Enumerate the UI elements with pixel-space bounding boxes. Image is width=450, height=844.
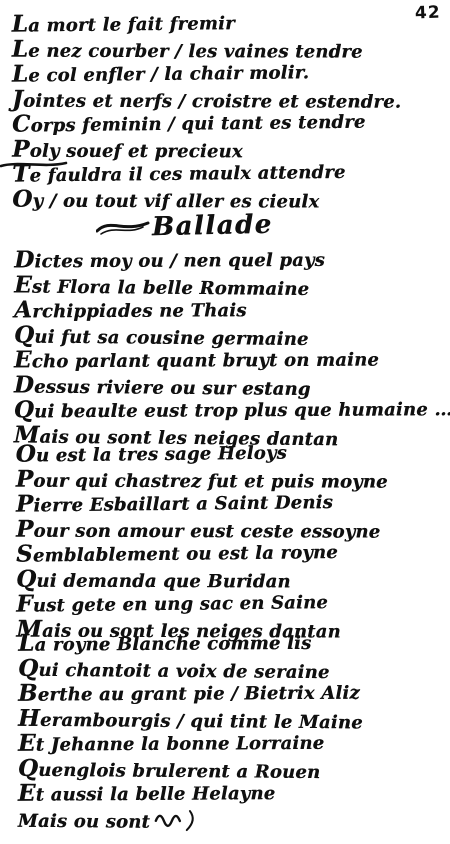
ballade-heading-text: Ballade — [152, 210, 273, 243]
verse-line: Archippiades ne Thais — [14, 296, 450, 323]
verse-line: Pierre Esbaillart a Saint Denis — [16, 488, 388, 517]
verse-line: Berthe au grant pie / Bietrix Aliz — [18, 680, 363, 707]
stanza-ballade-3: La royne Blanche comme lis Qui chantoit … — [18, 632, 363, 834]
stanza-huitain: La mort le fait fremir Le nez courber / … — [12, 11, 402, 212]
verse-line: La royne Blanche comme lis — [18, 630, 363, 657]
verse-line-refrain-abbreviated: Mais ou sont — [18, 807, 363, 836]
verse-line: Oy / ou tout vif aller es cieulx — [12, 188, 401, 214]
verse-line: Echo parlant quant bruyt on maine — [14, 346, 450, 373]
stanza-ballade-1: Dictes moy ou / nen quel pays Est Flora … — [14, 248, 450, 449]
verse-line: Te fauldra il ces maulx attendre — [12, 158, 402, 187]
verse-line: La mort le fait fremir — [12, 8, 402, 37]
stanza-ballade-2: Ou est la tres sage Heloys Pour qui chas… — [16, 441, 389, 642]
verse-line: Et Jehanne la bonne Lorraine — [18, 730, 363, 757]
verse-line: Dictes moy ou / nen quel pays — [14, 246, 450, 273]
verse-line: Qui beaulte eust trop plus que humaine … — [14, 396, 450, 423]
verse-line: Et aussi la belle Helayne — [18, 780, 363, 807]
verse-line: Semblablement ou est la royne — [16, 538, 388, 567]
folio-number: 42 — [415, 3, 441, 24]
verse-line: Corps feminin / qui tant es tendre — [12, 108, 402, 137]
verse-line: Ou est la tres sage Heloys — [16, 438, 388, 467]
verse-line: Le col enfler / la chair molir. — [12, 58, 402, 87]
verse-line: Fust gete en ung sac en Saine — [16, 588, 388, 617]
verse-line: Mais ou sont — [18, 810, 150, 834]
etcetera-flourish — [154, 808, 200, 832]
ballade-heading: Ballade — [96, 211, 273, 241]
manuscript-page: 42 La mort le fait fremir Le nez courber… — [0, 0, 450, 844]
margin-stroke — [0, 159, 68, 171]
heading-flourish-stroke — [96, 214, 150, 238]
